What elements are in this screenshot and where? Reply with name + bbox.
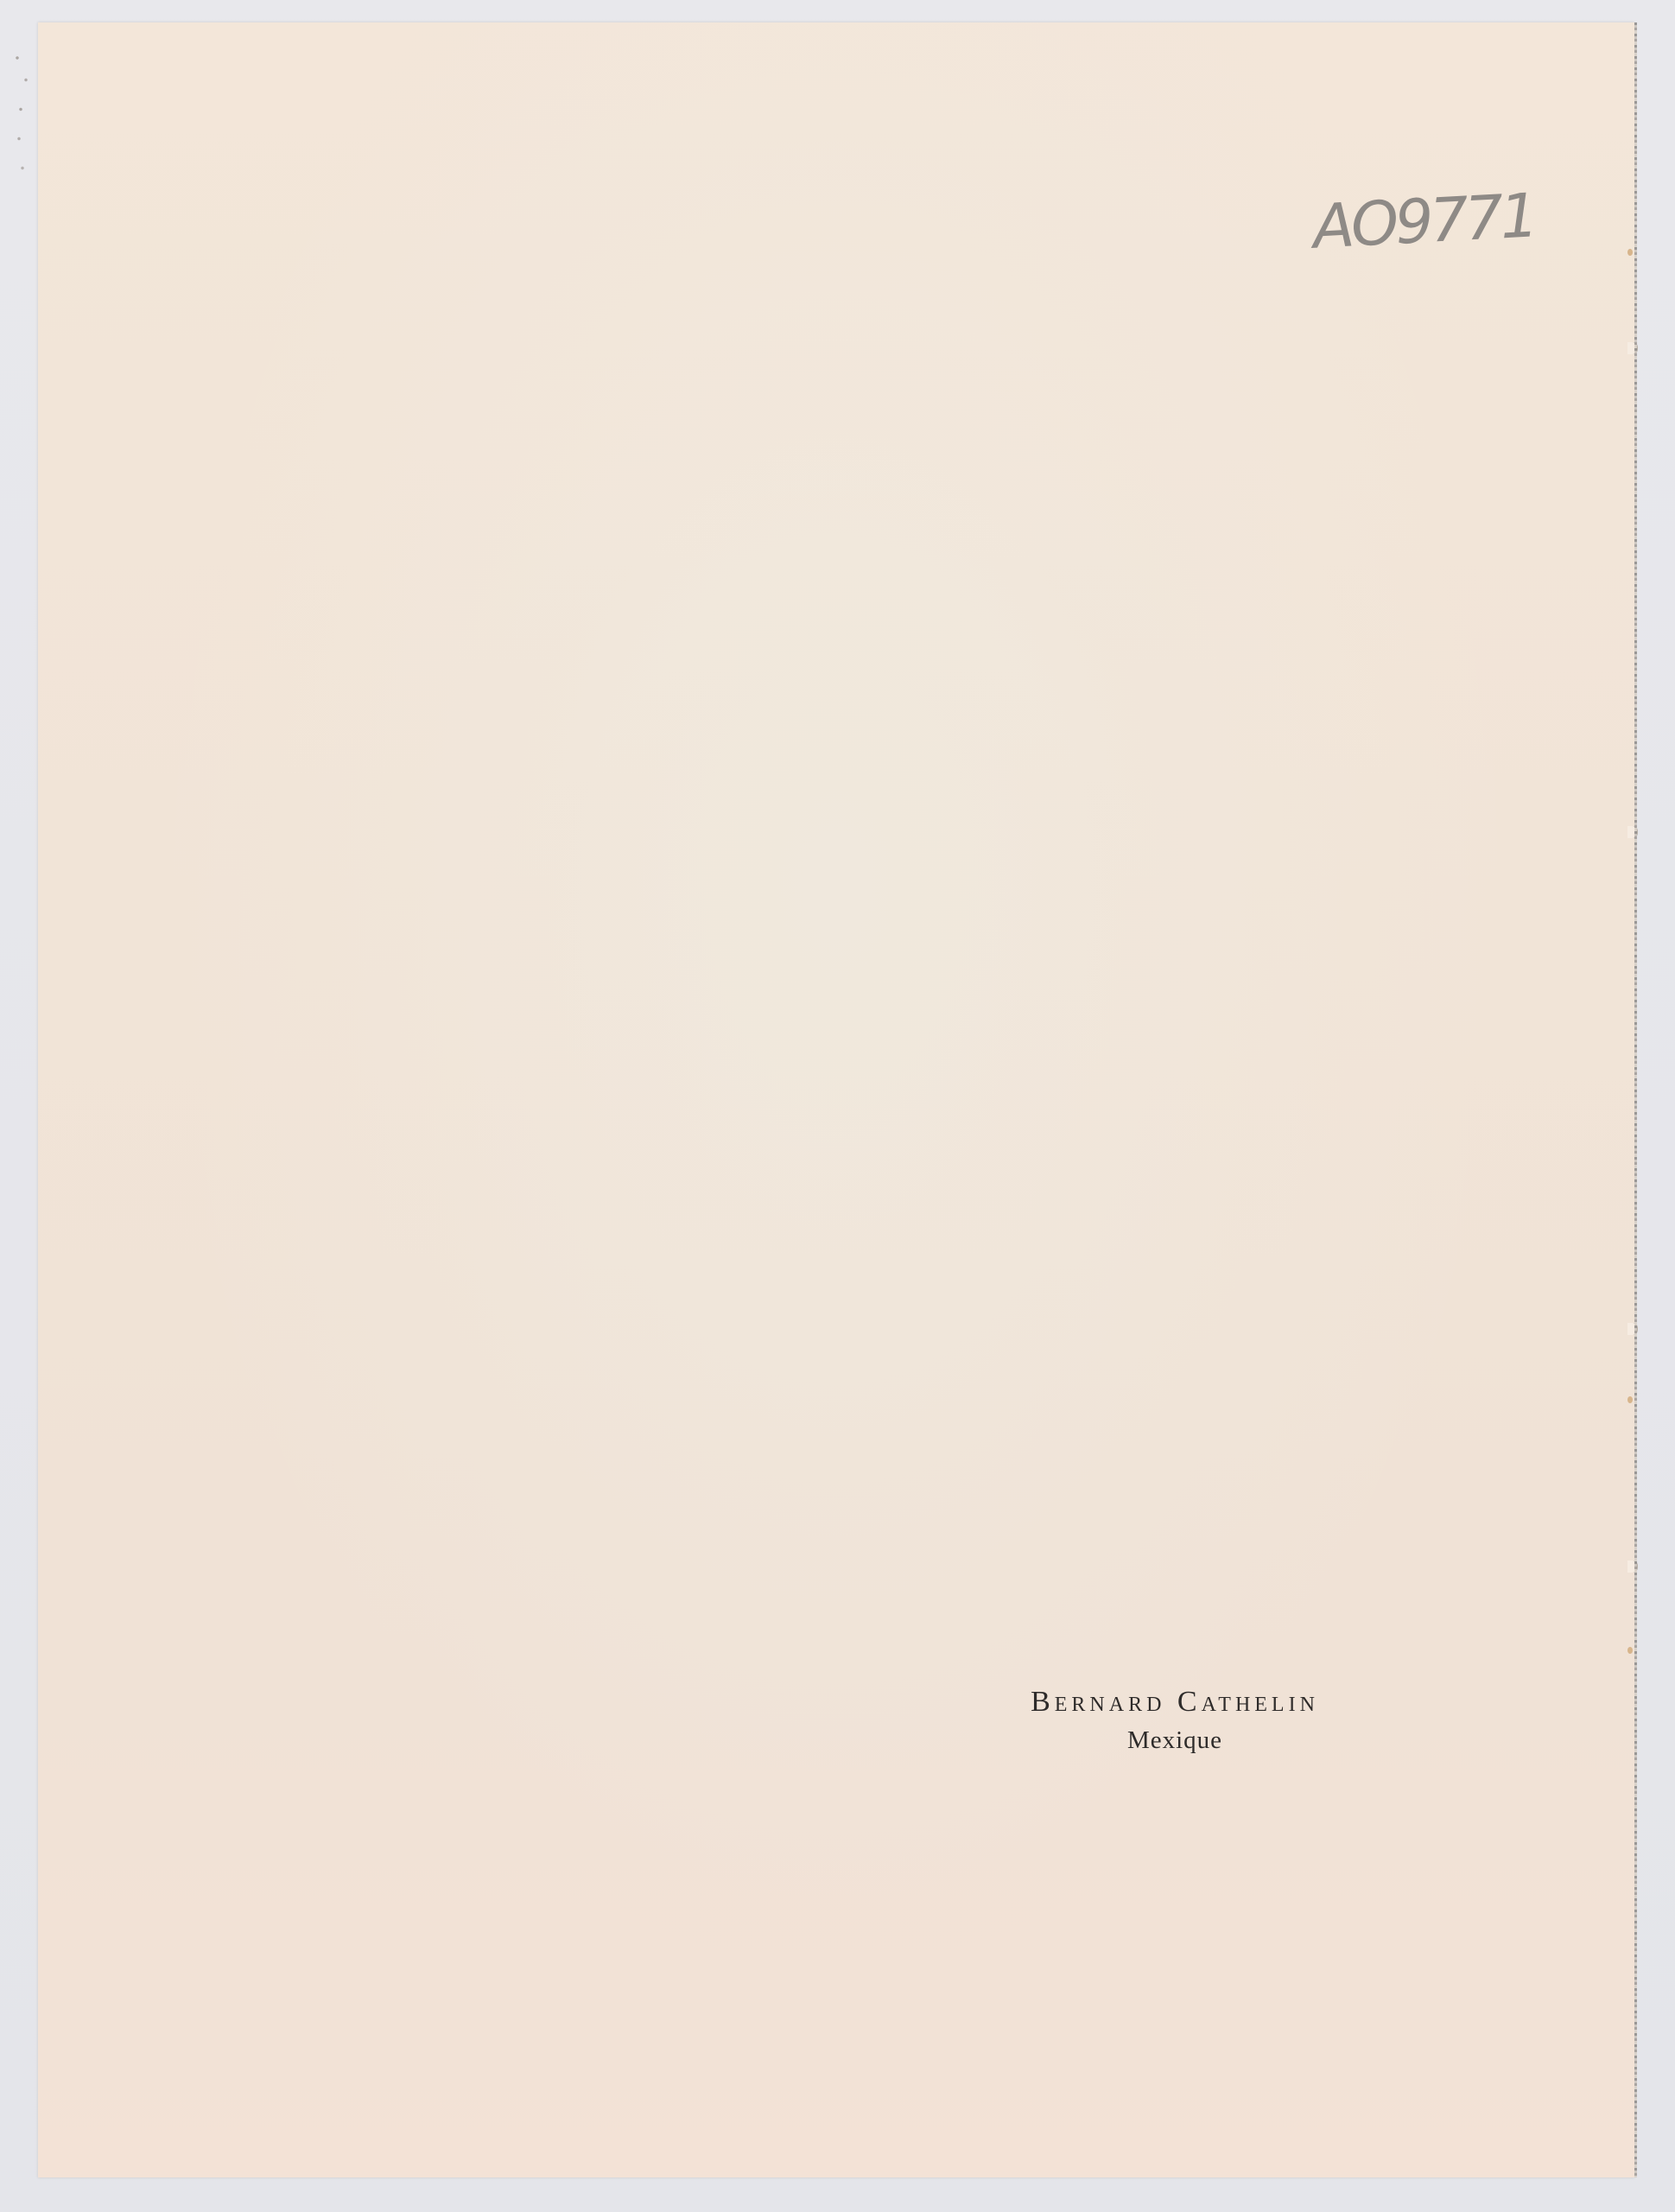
paper-edge-specks <box>7 43 41 190</box>
handwritten-inventory-number: AO9771 <box>1311 180 1537 262</box>
edge-stain-mark <box>1627 1647 1633 1654</box>
edge-stain-mark <box>1627 249 1633 256</box>
edge-tear-mark <box>1627 826 1638 838</box>
print-caption: Bernard Cathelin Mexique <box>976 1683 1374 1758</box>
caption-artist-name: Bernard Cathelin <box>976 1683 1374 1721</box>
edge-tear-mark <box>1627 1323 1638 1335</box>
edge-tear-mark <box>1627 342 1638 354</box>
edge-tear-mark <box>1627 1560 1638 1573</box>
edge-stain-mark <box>1627 1396 1633 1403</box>
caption-artwork-title: Mexique <box>976 1723 1374 1758</box>
paper-sheet <box>38 22 1634 2177</box>
